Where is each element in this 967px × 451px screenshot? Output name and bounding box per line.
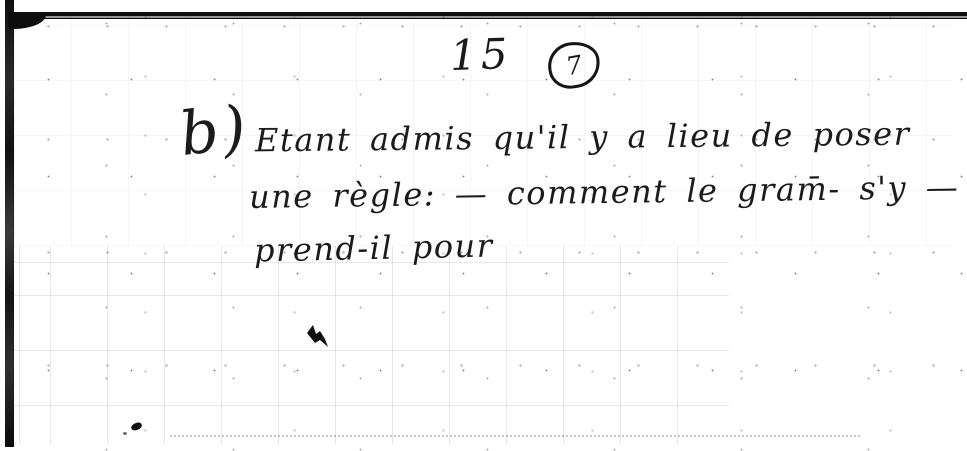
scan-edge-top [8,12,967,19]
circled-number-digit: 7 [564,49,585,80]
section-marker-b: b) [176,92,254,170]
manuscript-page: 15 7 b) Etant admis qu'il y a lieu de po… [0,0,967,451]
scan-edge-bottom [170,435,860,437]
handwritten-line-1: Etant admis qu'il y a lieu de poser [255,115,911,160]
scan-edge-left [5,0,14,447]
ink-fleck-mark [123,432,127,435]
page-number: 15 [449,29,512,80]
handwritten-line-3: prend-il pour [254,226,494,269]
ink-blot-mark [303,325,333,357]
